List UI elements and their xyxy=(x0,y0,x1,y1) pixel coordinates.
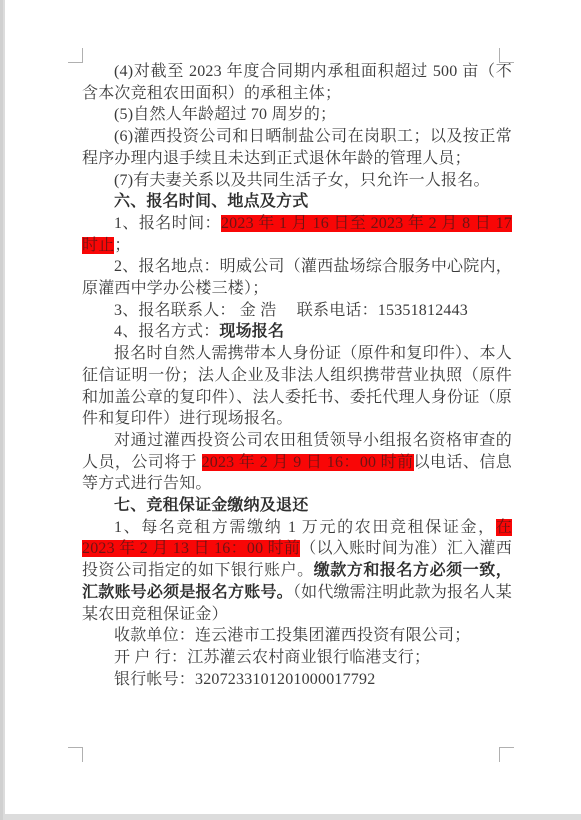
text-segment: (4)对截至 2023 年度合同期内承租面积超过 500 亩（不含本次竞租农田面… xyxy=(82,63,512,102)
paragraph-heading-section-7: 七、竞租保证金缴纳及退还 xyxy=(82,495,512,517)
text-segment: 银行帐号：3207233101201000017792 xyxy=(114,671,375,688)
paragraph-registration-contact: 3、报名联系人： 金 浩 联系电话：15351812443 xyxy=(82,300,512,322)
paragraph-payee-name: 收款单位：连云港市工投集团灌西投资有限公司； xyxy=(82,625,512,647)
paragraph-registration-method: 4、报名方式：现场报名 xyxy=(82,321,512,343)
text-segment: (6)灌西投资公司和日晒制盐公司在岗职工；以及按正常程序办理内退手续且未达到正式… xyxy=(82,128,512,167)
text-segment: 4、报名方式： xyxy=(114,323,219,340)
paragraph-registration-time: 1、报名时间：2023 年 1 月 16 日至 2023 年 2 月 8 日 1… xyxy=(82,213,512,256)
crop-mark-bottom-left xyxy=(68,747,83,762)
paragraph-qualification-notice: 对通过灌西投资公司农田租赁领导小组报名资格审查的人员，公司将于 2023 年 2… xyxy=(82,430,512,495)
bold-text: 七、竞租保证金缴纳及退还 xyxy=(114,497,308,514)
document-body: (4)对截至 2023 年度合同期内承租面积超过 500 亩（不含本次竞租农田面… xyxy=(82,61,512,690)
text-segment: 1、报名时间： xyxy=(114,215,221,232)
paragraph-bank-account: 银行帐号：3207233101201000017792 xyxy=(82,669,512,691)
crop-mark-bottom-right xyxy=(499,747,514,762)
paragraph-onsite-requirements: 报名时自然人需携带本人身份证（原件和复印件）、本人征信证明一份；法人企业及非法人… xyxy=(82,343,512,430)
paragraph-clause-6: (6)灌西投资公司和日晒制盐公司在岗职工；以及按正常程序办理内退手续且未达到正式… xyxy=(82,126,512,169)
highlighted-text: 2023 年 2 月 9 日 16：00 时前 xyxy=(202,454,414,471)
crop-mark-top-left xyxy=(68,48,83,63)
document-page: (4)对截至 2023 年度合同期内承租面积超过 500 亩（不含本次竞租农田面… xyxy=(5,0,581,814)
window-left-edge xyxy=(0,0,3,820)
bold-text: 现场报名 xyxy=(219,323,284,340)
paragraph-deposit-terms: 1、每名竞租方需缴纳 1 万元的农田竞租保证金，在 2023 年 2 月 13 … xyxy=(82,517,512,626)
text-segment: 2、报名地点：明威公司（灌西盐场综合服务中心院内，原灌西中学办公楼三楼）； xyxy=(82,258,512,297)
text-segment: (7)有夫妻关系以及共同生活子女，只允许一人报名。 xyxy=(114,172,490,189)
text-segment: 1、每名竞租方需缴纳 1 万元的农田竞租保证金， xyxy=(114,519,496,536)
document-viewport: { "page": { "background_color": "#dcdcdc… xyxy=(0,0,581,820)
paragraph-heading-section-6: 六、报名时间、地点及方式 xyxy=(82,191,512,213)
text-segment: (5)自然人年龄超过 70 周岁的； xyxy=(114,106,336,123)
paragraph-registration-place: 2、报名地点：明威公司（灌西盐场综合服务中心院内，原灌西中学办公楼三楼）； xyxy=(82,256,512,299)
paragraph-clause-5: (5)自然人年龄超过 70 周岁的； xyxy=(82,104,512,126)
text-segment: 3、报名联系人： 金 浩 联系电话：15351812443 xyxy=(114,302,468,319)
text-segment: 报名时自然人需携带本人身份证（原件和复印件）、本人征信证明一份；法人企业及非法人… xyxy=(82,345,512,427)
paragraph-clause-7: (7)有夫妻关系以及共同生活子女，只允许一人报名。 xyxy=(82,170,512,192)
text-segment: 收款单位：连云港市工投集团灌西投资有限公司； xyxy=(114,627,470,644)
bold-text: 六、报名时间、地点及方式 xyxy=(114,193,308,210)
text-segment: ； xyxy=(114,237,130,254)
text-segment: 开 户 行：江苏灌云农村商业银行临港支行； xyxy=(114,649,430,666)
paragraph-clause-4: (4)对截至 2023 年度合同期内承租面积超过 500 亩（不含本次竞租农田面… xyxy=(82,61,512,104)
paragraph-bank-name: 开 户 行：江苏灌云农村商业银行临港支行； xyxy=(82,647,512,669)
